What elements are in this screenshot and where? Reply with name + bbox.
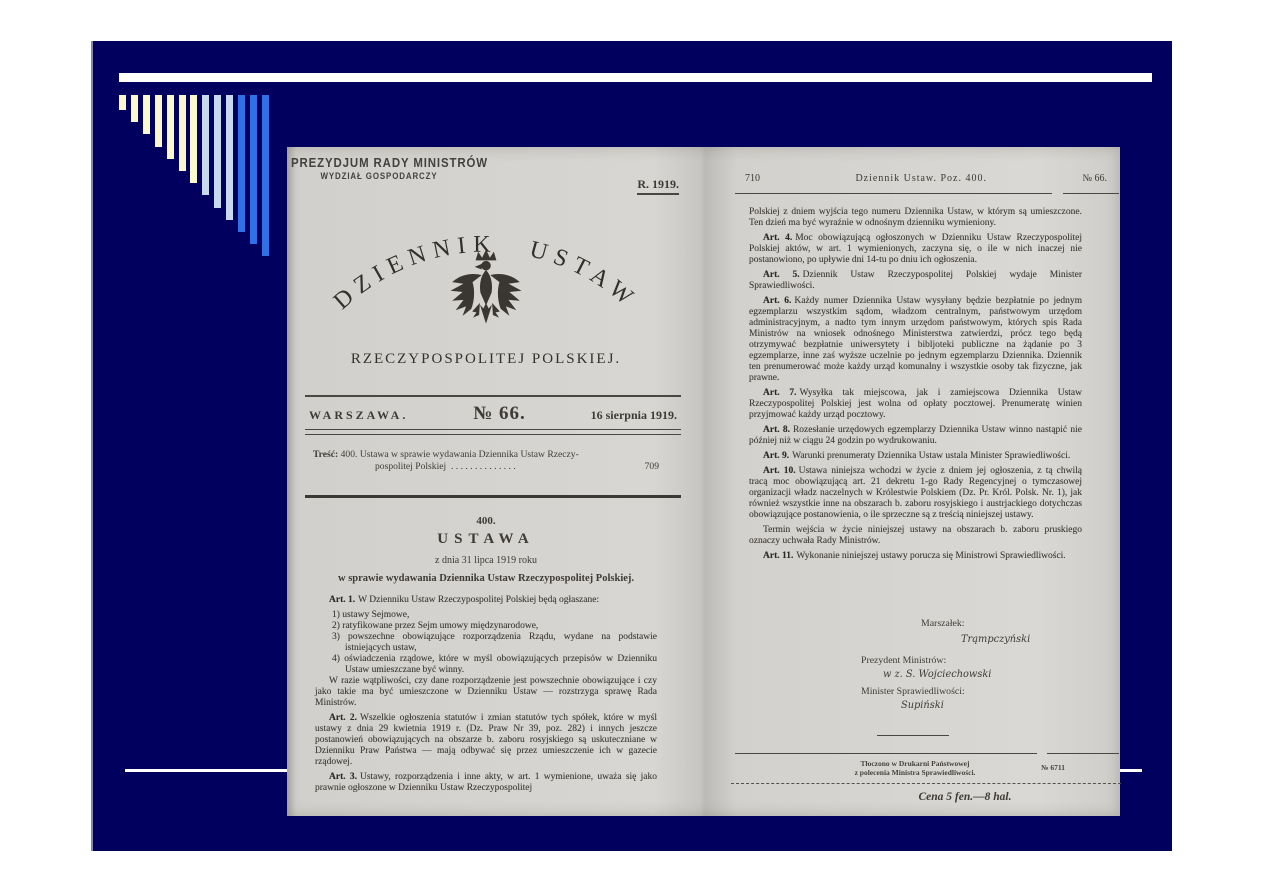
paragraph: W razie wątpliwości, czy dane rozporządz… [315, 676, 657, 709]
masthead-date: 16 sierpnia 1919. [591, 408, 677, 423]
paragraph: Polskiej z dniem wyjścia tego numeru Dzi… [749, 207, 1082, 229]
imprint-line1: Tłoczono w Drukarni Państwowej [805, 759, 1025, 768]
right-page-body-text: Polskiej z dniem wyjścia tego numeru Dzi… [749, 207, 1082, 566]
article-lead: Art. 3. [329, 772, 357, 782]
list-marker: 2) [332, 621, 340, 631]
presentation-page: PREZYDJUM RADY MINISTRÓW WYDZIAŁ GOSPODA… [0, 0, 1263, 893]
masthead-city: WARSZAWA. [309, 408, 408, 423]
paragraph: Termin wejścia w życie niniejszej ustawy… [749, 525, 1082, 547]
document-right-page: 710 Dziennik Ustaw. Poz. 400. № 66. Pols… [705, 147, 1120, 816]
signature-role: Marszałek: [749, 617, 1082, 630]
paragraph: Art. 6.Każdy numer Dziennika Ustaw wysył… [749, 296, 1082, 384]
article-lead: Art. 1. [329, 595, 355, 605]
paragraph: Art. 4.Moc obowiązującą ogłoszonych w Dz… [749, 233, 1082, 266]
masthead-double-rule [305, 429, 681, 435]
toc-dot-leaders: . . . . . . . . . . . . . . [451, 461, 516, 472]
list-marker: 3) [332, 632, 340, 642]
running-header: Dziennik Ustaw. Poz. 400. [855, 173, 987, 184]
page-number: 710 [745, 173, 760, 184]
deco-stripe [167, 95, 174, 159]
paragraph: Art. 1.W Dzienniku Ustaw Rzeczypospolite… [315, 595, 657, 606]
signature-role: Prezydent Ministrów: [749, 654, 1082, 667]
act-date-line: z dnia 31 lipca 1919 roku [315, 555, 657, 566]
toc-line1: Treść: 400. Ustawa w sprawie wydawania D… [313, 449, 663, 461]
article-lead: Art. 7. [763, 388, 796, 398]
article-lead: Art. 5. [763, 270, 800, 280]
paragraph: Art. 5.Dziennik Ustaw Rzeczypospolitej P… [749, 270, 1082, 292]
article-lead: Art. 8. [763, 425, 790, 435]
signature-end-rule [877, 735, 949, 736]
deco-stripe [131, 95, 138, 122]
paragraph: Art. 3.Ustawy, rozporządzenia i inne akt… [315, 772, 657, 794]
list-marker: 4) [332, 654, 340, 664]
article-lead: Art. 6. [763, 296, 791, 306]
deco-stripe [190, 95, 197, 183]
footer-rule-left-segment [735, 753, 1037, 754]
toc-page-number: 709 [645, 461, 659, 473]
article-lead: Art. 2. [329, 713, 357, 723]
paragraph: Art. 11.Wykonanie niniejszej ustawy poru… [749, 551, 1082, 562]
deco-stripe [143, 95, 150, 134]
signature-name: Supiński [749, 699, 1082, 712]
list-item: 2) ratyfikowane przez Sejm umowy międzyn… [315, 621, 657, 632]
masthead-subtitle: RZECZYPOSPOLITEJ POLSKIEJ. [315, 351, 657, 368]
signature-role: Minister Sprawiedliwości: [749, 685, 1082, 698]
issue-reference: № 66. [1082, 173, 1107, 184]
signatures-block: Marszałek: Trąmpczyński Prezydent Minist… [749, 617, 1082, 712]
ministry-stamp-line1: PREZYDJUM RADY MINISTRÓW [291, 155, 488, 170]
table-of-contents: Treść: 400. Ustawa w sprawie wydawania D… [313, 449, 663, 473]
deco-stripe [262, 95, 269, 256]
toc-entry-continuation: pospolitej Polskiej . . . . . . . . . . … [375, 461, 516, 473]
bottom-left-white-line [125, 769, 290, 772]
header-rule-left-segment [735, 193, 1052, 194]
act-subject-line: w sprawie wydawania Dziennika Ustaw Rzec… [315, 573, 657, 584]
list-item: 3) powszechne obowiązujące rozporządzeni… [315, 632, 657, 654]
deco-stripe [214, 95, 221, 208]
article-lead: Art. 4. [763, 233, 792, 243]
signature-name: w z. S. Wojciechowski [749, 668, 1082, 681]
toc-line2: pospolitej Polskiej . . . . . . . . . . … [313, 461, 663, 473]
ministry-stamp-line2: WYDZIAŁ GOSPODARCZY [291, 171, 467, 181]
paragraph: Art. 8.Rozesłanie urzędowych egzemplarzy… [749, 425, 1082, 447]
masthead-issue-number: № 66. [473, 403, 526, 425]
footer-dashed-rule [731, 783, 1121, 784]
imprint-line2: z polecenia Ministra Sprawiedliwości. [805, 768, 1025, 777]
deco-stripe [119, 95, 126, 110]
paragraph: Art. 10.Ustawa niniejsza wchodzi w życie… [749, 466, 1082, 521]
list-marker: 1) [332, 610, 340, 620]
toc-entry-text: 400. Ustawa w sprawie wydawania Dziennik… [341, 449, 579, 460]
printer-imprint: Tłoczono w Drukarni Państwowej z polecen… [805, 759, 1025, 777]
paragraph: Art. 7.Wysyłka tak miejscowa, jak i zami… [749, 388, 1082, 421]
article-lead: Art. 9. [763, 451, 789, 461]
masthead-rule [305, 395, 681, 397]
footer-rule-right-segment [1047, 753, 1119, 754]
header-rule-right-segment [1063, 193, 1119, 194]
article-lead: Art. 10. [763, 466, 796, 476]
signature-name: Trąmpczyński [749, 633, 1082, 646]
deco-stripe [226, 95, 233, 220]
article-lead: Art. 11. [763, 551, 793, 561]
polish-eagle-emblem [447, 243, 525, 335]
document-left-page: PREZYDJUM RADY MINISTRÓW WYDZIAŁ GOSPODA… [287, 147, 705, 816]
toc-label: Treść: [313, 449, 338, 460]
deco-stripe [238, 95, 245, 232]
list-item: 1) ustawy Sejmowe, [315, 610, 657, 621]
price-line: Cena 5 fen.—8 hal. [855, 791, 1075, 803]
imprint-order-number: № 6711 [1041, 763, 1065, 772]
bottom-right-white-line [1120, 769, 1142, 772]
act-number: 400. [315, 515, 657, 527]
slide-background: PREZYDJUM RADY MINISTRÓW WYDZIAŁ GOSPODA… [91, 41, 1172, 851]
year-reference: R. 1919. [637, 177, 679, 195]
deco-stripe [155, 95, 162, 147]
act-title: USTAWA [315, 531, 657, 548]
section-rule [305, 495, 681, 498]
list-item: 4) oświadczenia rządowe, które w myśl ob… [315, 654, 657, 676]
paragraph: Art. 2.Wszelkie ogłoszenia statutów i zm… [315, 713, 657, 768]
left-page-body-text: Art. 1.W Dzienniku Ustaw Rzeczypospolite… [315, 595, 657, 798]
paragraph: Art. 9.Warunki prenumeraty Dziennika Ust… [749, 451, 1082, 462]
deco-stripe [202, 95, 209, 195]
deco-stripe [250, 95, 257, 244]
deco-stripe [179, 95, 186, 171]
scanned-document: PREZYDJUM RADY MINISTRÓW WYDZIAŁ GOSPODA… [287, 147, 1120, 816]
